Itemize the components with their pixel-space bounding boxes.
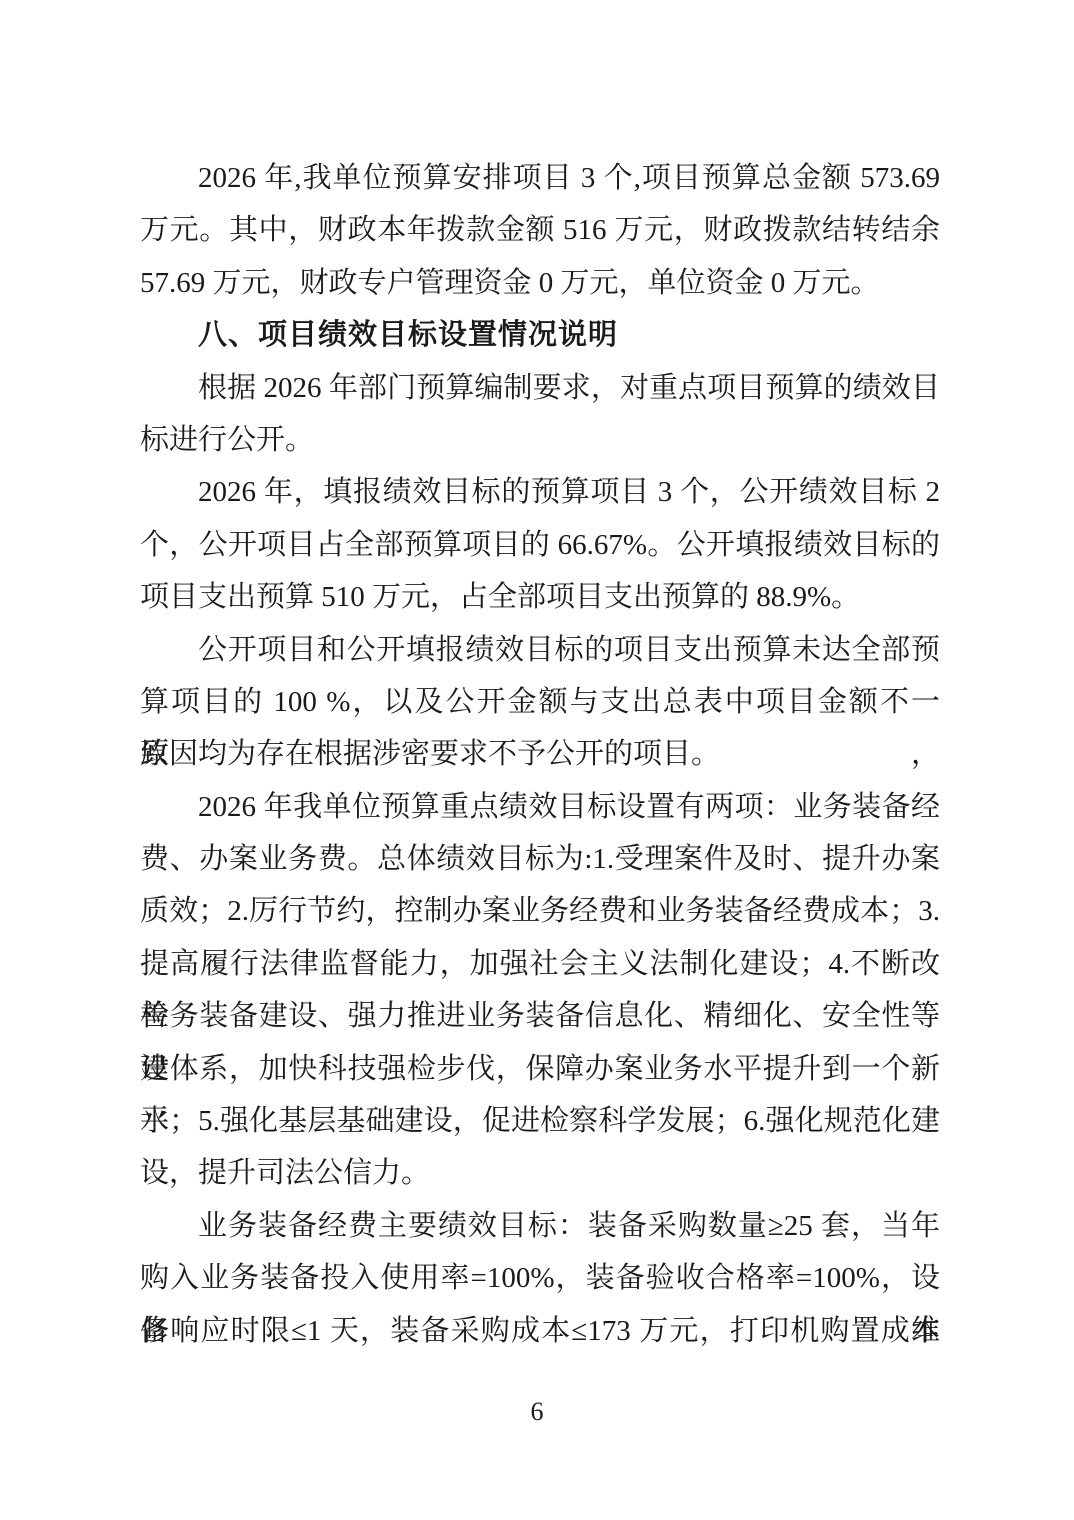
text-line: 检务装备建设、强力推进业务装备信息化、精细化、安全性等建: [140, 990, 940, 1042]
text-line: 2026 年我单位预算重点绩效目标设置有两项：业务装备经: [140, 781, 940, 833]
text-line: 业务装备经费主要绩效目标：装备采购数量≥25 套，当年: [140, 1200, 940, 1252]
text-line: 根据 2026 年部门预算编制要求，对重点项目预算的绩效目: [140, 362, 940, 414]
text-line: 设，提升司法公信力。: [140, 1147, 940, 1199]
text-line: 修响应时限≤1 天，装备采购成本≤173 万元，打印机购置成本: [140, 1305, 940, 1357]
text-line: 算项目的 100 %，以及公开金额与支出总表中项目金额不一致，: [140, 676, 940, 728]
text-line: 公开项目和公开填报绩效目标的项目支出预算未达全部预: [140, 624, 940, 676]
text-line: 2026 年,我单位预算安排项目 3 个,项目预算总金额 573.69: [140, 152, 940, 204]
page-number: 6: [0, 1396, 1074, 1428]
text-line: 2026 年，填报绩效目标的预算项目 3 个，公开绩效目标 2: [140, 466, 940, 518]
text-line: 57.69 万元，财政专户管理资金 0 万元，单位资金 0 万元。: [140, 257, 940, 309]
text-line: 个，公开项目占全部预算项目的 66.67%。公开填报绩效目标的: [140, 519, 940, 571]
document-page: 2026 年,我单位预算安排项目 3 个,项目预算总金额 573.69 万元。其…: [0, 0, 1074, 1520]
text-line: 购入业务装备投入使用率=100%，装备验收合格率=100%，设备维: [140, 1252, 940, 1304]
text-line: 万元。其中，财政本年拨款金额 516 万元，财政拨款结转结余: [140, 204, 940, 256]
text-line: 标进行公开。: [140, 414, 940, 466]
text-line: 设体系，加快科技强检步伐，保障办案业务水平提升到一个新水: [140, 1043, 940, 1095]
text-line: 质效；2.厉行节约，控制办案业务经费和业务装备经费成本；3.: [140, 885, 940, 937]
text-line: 项目支出预算 510 万元，占全部项目支出预算的 88.9%。: [140, 571, 940, 623]
document-body: 2026 年,我单位预算安排项目 3 个,项目预算总金额 573.69 万元。其…: [140, 152, 940, 1357]
text-line: 费、办案业务费。总体绩效目标为:1.受理案件及时、提升办案: [140, 833, 940, 885]
section-heading: 八、项目绩效目标设置情况说明: [140, 309, 940, 361]
text-line: 提高履行法律监督能力，加强社会主义法制化建设；4.不断改善: [140, 938, 940, 990]
text-line: 平；5.强化基层基础建设，促进检察科学发展；6.强化规范化建: [140, 1095, 940, 1147]
